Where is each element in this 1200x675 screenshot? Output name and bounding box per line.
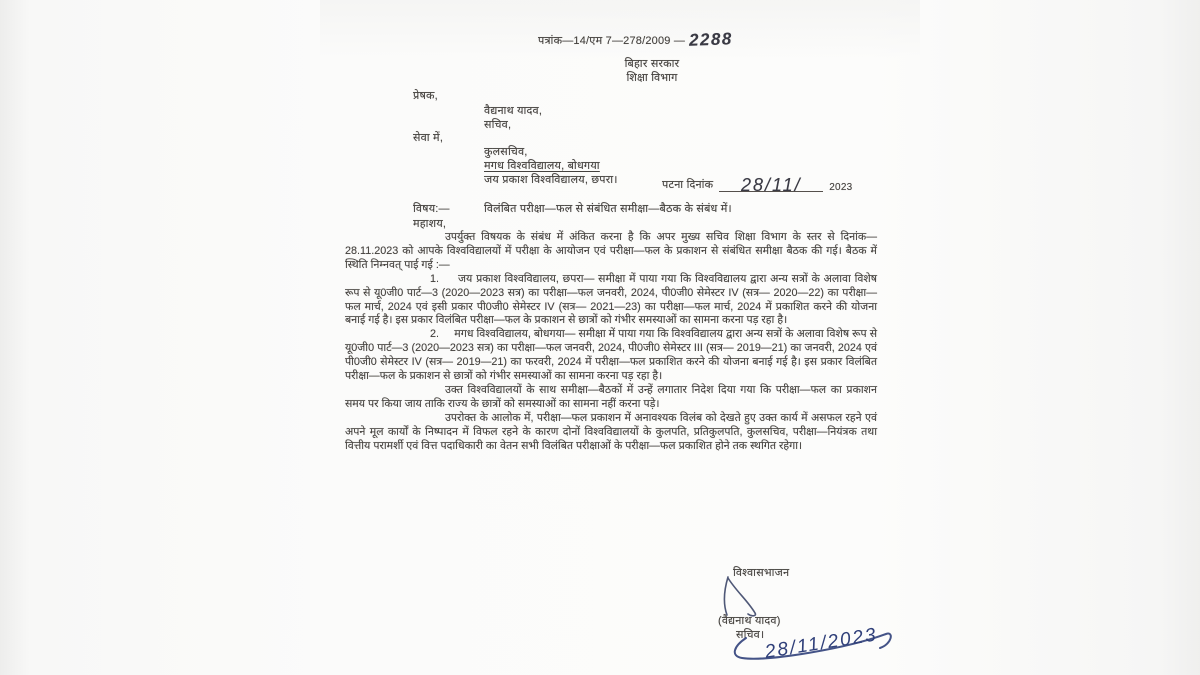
recipient-designation: कुलसचिव,	[484, 144, 528, 159]
handwritten-signature-date: 28/11/2023	[728, 624, 898, 674]
recipient-university-1: मगध विश्वविद्यालय, बोधगया	[484, 158, 600, 173]
sender-name: वैद्यनाथ यादव,	[484, 103, 542, 118]
from-label: प्रेषक,	[413, 88, 438, 103]
paragraph-action: उपरोक्त के आलोक में, परीक्षा—फल प्रकाशन …	[345, 412, 877, 454]
date-year: 2023	[829, 182, 852, 193]
recipient-university-2: जय प्रकाश विश्वविद्यालय, छपरा।	[484, 172, 618, 187]
paragraph-point-2: 2. मगध विश्वविद्यालय, बोधगया— समीक्षा मे…	[345, 328, 877, 384]
paragraph-intro: उपर्युक्त विषयक के संबंध में अंकित करना …	[345, 231, 877, 273]
department-name: शिक्षा विभाग	[592, 70, 712, 85]
signature-date-text: 28/11/2023	[763, 624, 880, 663]
subject-text: विलंबित परीक्षा—फल से संबंधित समीक्षा—बै…	[484, 201, 732, 216]
date-handwritten: 28/11/	[741, 175, 802, 195]
letter-body: उपर्युक्त विषयक के संबंध में अंकित करना …	[345, 231, 877, 454]
to-label: सेवा में,	[413, 130, 443, 145]
paragraph-direction: उक्त विश्वविद्यालयों के साथ समीक्षा—बैठक…	[345, 384, 877, 412]
letter-reference-line: पत्रांक—14/एम 7—278/2009 — 2288	[538, 30, 733, 50]
signature-pen-stroke	[714, 575, 794, 617]
salutation: महाशय,	[413, 216, 446, 231]
sender-title: सचिव,	[484, 117, 511, 132]
reference-number-handwritten: 2288	[689, 29, 733, 51]
place-date-label: पटना दिनांक	[662, 177, 713, 192]
government-name: बिहार सरकार	[592, 56, 712, 71]
place-date-row: पटना दिनांक 28/11/ 2023	[662, 176, 852, 192]
subject-label: विषय:—	[413, 201, 450, 216]
date-fill-line: 28/11/	[719, 176, 823, 192]
reference-number: पत्रांक—14/एम 7—278/2009 —	[538, 33, 685, 48]
paragraph-point-1: 1. जय प्रकाश विश्वविद्यालय, छपरा— समीक्ष…	[345, 273, 877, 329]
scanned-letter-page: पत्रांक—14/एम 7—278/2009 — 2288 बिहार सर…	[0, 0, 1200, 675]
